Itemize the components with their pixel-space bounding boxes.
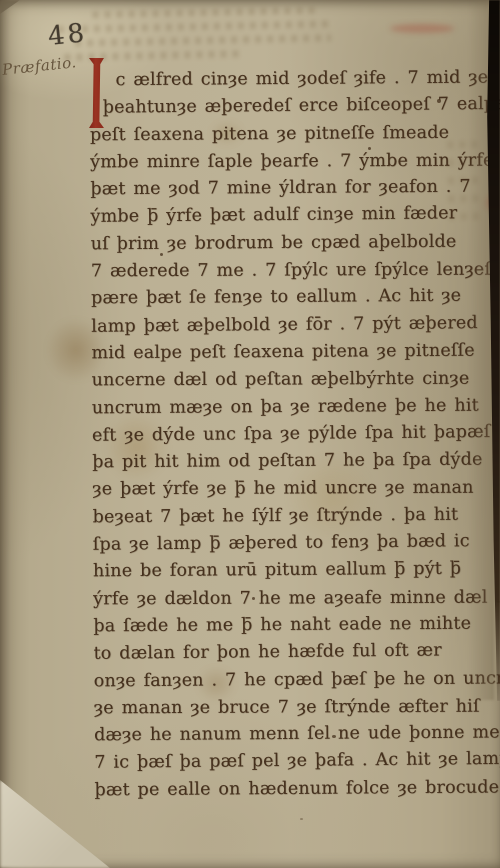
manuscript-line: ýmbe þ̄ ýrfe þæt adulf cinȝe min fæder bbox=[90, 201, 462, 232]
margin-note-praefatio: Præfatio. bbox=[1, 53, 77, 79]
manuscript-page: 48 Præfatio. c ælfred cinȝe mid ȝodeſ ȝi… bbox=[0, 0, 500, 868]
manuscript-line: þæt pe ealle on hædenum folce ȝe brocude bbox=[94, 774, 466, 804]
manuscript-line: onȝe fanȝen . 7 he cpæd þæſ þe he on unc… bbox=[94, 665, 466, 695]
manuscript-line: eft ȝe dýde unc ſpa ȝe pýlde ſpa hit þap… bbox=[92, 419, 464, 450]
folio-number: 48 bbox=[47, 18, 89, 52]
manuscript-line: þa ſæde he me þ̄ he naht eade ne mihte bbox=[93, 611, 465, 641]
ink-speck bbox=[300, 818, 303, 820]
top-left-corner-shadow bbox=[0, 0, 20, 14]
manuscript-line: uncrum mæȝe on þa ȝe rædene þe he hit bbox=[92, 392, 464, 422]
manuscript-line: ýmbe minre ſaple þearfe . 7 ýmbe min ýrf… bbox=[90, 148, 462, 177]
manuscript-line: þa pit hit him od peſtan 7 he þa ſpa dýd… bbox=[92, 447, 464, 477]
manuscript-line: þeahtunȝe æþeredeſ erce biſceopeſ 7 ealp… bbox=[90, 92, 462, 123]
manuscript-line: c ælfred cinȝe mid ȝodeſ ȝife . 7 mid ȝe bbox=[89, 65, 461, 95]
showthrough-stroke bbox=[75, 34, 330, 46]
manuscript-line: to dælan for þon he hæfde ful oft ær bbox=[93, 637, 465, 668]
red-showthrough-smudge bbox=[390, 24, 454, 33]
manuscript-line: 7 ic þæſ þa pæſ pel ȝe þafa . Ac hit ȝe … bbox=[94, 747, 466, 778]
manuscript-line: 7 æderede 7 me . 7 ſpýlc ure ſpýlce lenȝ… bbox=[91, 257, 463, 286]
manuscript-line: ſpa ȝe lamp þ̄ æþered to fenȝ þa bæd ic bbox=[93, 528, 465, 559]
manuscript-text-block: c ælfred cinȝe mid ȝodeſ ȝife . 7 mid ȝe… bbox=[89, 65, 466, 805]
manuscript-line: ȝe manan ȝe bruce 7 ȝe ſtrýnde æfter hiſ bbox=[94, 694, 466, 723]
manuscript-line: hine be foran urū pitum eallum þ̄ pýt þ̄ bbox=[93, 556, 465, 586]
manuscript-line: peſt ſeaxena pitena ȝe pitneſſe ſmeade bbox=[90, 119, 462, 149]
manuscript-line: dæȝe he nanum menn ſel ne ude þonne me · bbox=[94, 720, 466, 750]
manuscript-line: ȝe þæt ýrfe ȝe þ̄ he mid uncre ȝe manan bbox=[92, 475, 464, 504]
showthrough-stroke bbox=[92, 7, 318, 19]
manuscript-line: mid ealpe peſt ſeaxena pitena ȝe pitneſſ… bbox=[91, 338, 463, 368]
showthrough-text-top bbox=[57, 0, 348, 68]
manuscript-line: beȝeat 7 þæt he ſýlf ȝe ſtrýnde . þa hit bbox=[92, 501, 464, 531]
manuscript-line: lamp þæt æþelbold ȝe fōr . 7 pýt æþered bbox=[91, 310, 463, 341]
manuscript-line: pære þæt ſe fenȝe to eallum . Ac hit ȝe bbox=[91, 283, 463, 313]
manuscript-line: uncerne dæl od peſtan æþelbýrhte cinȝe bbox=[92, 366, 464, 395]
manuscript-line: ýrfe ȝe dældon 7 he me aȝeafe minne dæl … bbox=[93, 584, 465, 613]
manuscript-line: þæt me ȝod 7 mine ýldran for ȝeafon . 7 bbox=[90, 174, 462, 204]
showthrough-stroke bbox=[58, 20, 334, 33]
manuscript-line: uſ þrim ȝe brodrum be cpæd aþelbolde bbox=[91, 228, 463, 258]
